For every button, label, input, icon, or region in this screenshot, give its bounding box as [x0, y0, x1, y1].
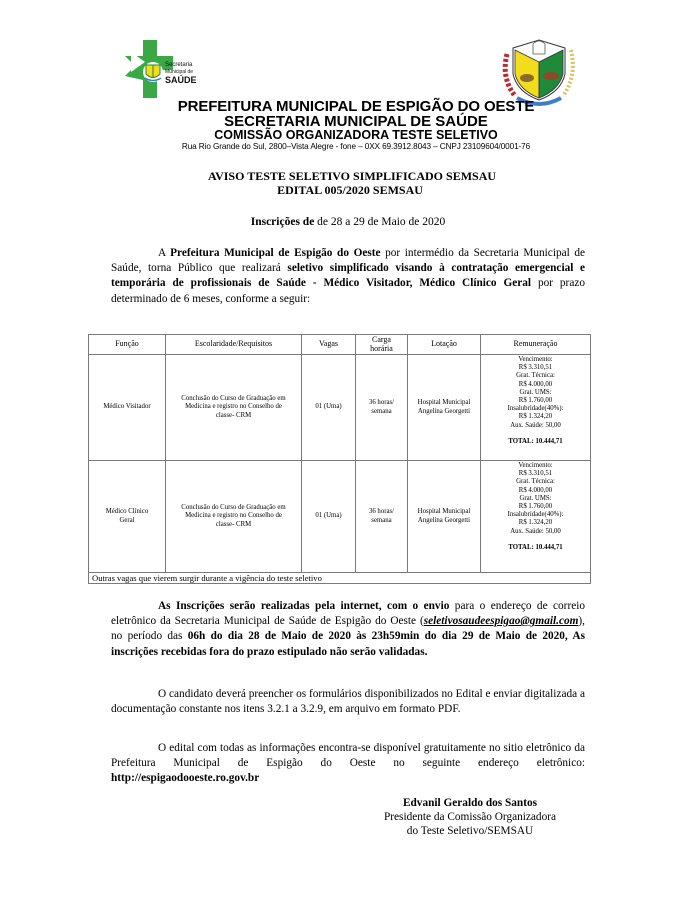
table-row: Médico Clínico Geral Conclusão do Curso … — [89, 461, 591, 573]
email-link[interactable]: seletivosaudeespigao@gmail.com — [424, 615, 579, 627]
cell-vagas: 01 (Uma) — [302, 355, 356, 461]
header-comissao: COMISSÃO ORGANIZADORA TESTE SELETIVO — [8, 128, 696, 142]
column-header-carga-text: Carga horária — [365, 336, 399, 353]
salary-total: TOTAL: 10.444,71 — [481, 438, 590, 446]
salary-line: R$ 4.000,00 — [481, 487, 590, 495]
cell-lotacao-text: Hospital Municipal Angelina Georgetti — [411, 508, 477, 524]
cell-escolaridade: Conclusão do Curso de Graduação em Medic… — [166, 355, 302, 461]
cell-carga-text: 36 horas/ semana — [365, 399, 399, 415]
cell-carga-text: 36 horas/ semana — [365, 508, 399, 524]
salary-line: Grat. UMS: — [481, 389, 590, 397]
salary-line: R$ 1.760,00 — [481, 397, 590, 405]
edital-number: EDITAL 005/2020 SEMSAU — [2, 183, 696, 198]
edital-paragraph: O edital com todas as informações encont… — [111, 741, 585, 787]
salary-line: R$ 1.324,20 — [481, 413, 590, 421]
svg-text:Secretaria: Secretaria — [165, 62, 193, 68]
candidate-paragraph: O candidato deverá preencher os formulár… — [111, 687, 585, 717]
table-footer-row: Outras vagas que vierem surgir durante a… — [89, 573, 591, 584]
salary-line: R$ 4.000,00 — [481, 381, 590, 389]
intro-bold-1: Prefeitura Municipal de Espigão do Oeste — [170, 247, 380, 259]
salary-line: Aux. Saúde: 50,00 — [481, 528, 590, 536]
column-header-remuneracao: Remuneração — [481, 335, 591, 355]
header-address: Rua Rio Grande do Sul, 2800–Vista Alegre… — [8, 142, 696, 151]
cell-funcao: Médico Clínico Geral — [89, 461, 166, 573]
cell-escolaridade: Conclusão do Curso de Graduação em Medic… — [166, 461, 302, 573]
table-footer-note: Outras vagas que vierem surgir durante a… — [89, 573, 591, 584]
cell-escolaridade-text: Conclusão do Curso de Graduação em Medic… — [179, 504, 289, 529]
registration-dates: Inscrições de de 28 a 29 de Maio de 2020 — [0, 216, 696, 228]
salary-line: Insalubridade(40%): — [481, 405, 590, 413]
signatory-name: Edvanil Geraldo dos Santos — [360, 796, 580, 810]
column-header-vagas: Vagas — [302, 335, 356, 355]
salary-line: Grat. Técnica: — [481, 478, 590, 486]
cell-carga: 36 horas/ semana — [356, 461, 408, 573]
saude-cross-logo-icon: Secretaria Municipal de SAÚDE — [123, 38, 215, 100]
signatory-committee: do Teste Seletivo/SEMSAU — [360, 824, 580, 838]
column-header-funcao: Função — [89, 335, 166, 355]
table-header-row: Função Escolaridade/Requisitos Vagas Car… — [89, 335, 591, 355]
cell-funcao-text: Médico Clínico Geral — [102, 508, 152, 524]
column-header-carga: Carga horária — [356, 335, 408, 355]
intro-paragraph: A Prefeitura Municipal de Espigão do Oes… — [111, 246, 585, 307]
registration-dates-label: Inscrições de — [251, 216, 315, 228]
notice-title: AVISO TESTE SELETIVO SIMPLIFICADO SEMSAU — [4, 169, 696, 184]
cell-carga: 36 horas/ semana — [356, 355, 408, 461]
salary-line: Grat. UMS: — [481, 495, 590, 503]
salary-line: Vencimento: — [481, 462, 590, 470]
salary-line: Insalubridade(40%): — [481, 511, 590, 519]
salary-line: Vencimento: — [481, 356, 590, 364]
registration-bold-1: As Inscrições serão realizadas pela inte… — [158, 600, 449, 612]
cell-lotacao-text: Hospital Municipal Angelina Georgetti — [411, 399, 477, 415]
candidate-text: O candidato deverá preencher os formulár… — [111, 688, 585, 715]
cell-remuneracao: Vencimento:R$ 3.310,51Grat. Técnica:R$ 4… — [481, 355, 591, 461]
salary-line: Grat. Técnica: — [481, 372, 590, 380]
salary-breakdown: Vencimento:R$ 3.310,51Grat. Técnica:R$ 4… — [481, 462, 590, 536]
signatory-role: Presidente da Comissão Organizadora — [360, 810, 580, 824]
positions-table: Função Escolaridade/Requisitos Vagas Car… — [88, 334, 591, 584]
registration-paragraph: As Inscrições serão realizadas pela inte… — [111, 599, 585, 660]
cell-vagas: 01 (Uma) — [302, 461, 356, 573]
salary-breakdown: Vencimento:R$ 3.310,51Grat. Técnica:R$ 4… — [481, 356, 590, 430]
cell-funcao: Médico Visitador — [89, 355, 166, 461]
column-header-escolaridade: Escolaridade/Requisitos — [166, 335, 302, 355]
salary-total: TOTAL: 10.444,71 — [481, 544, 590, 552]
svg-text:SAÚDE: SAÚDE — [165, 74, 197, 85]
column-header-lotacao: Lotação — [408, 335, 481, 355]
registration-dates-value: de 28 a 29 de Maio de 2020 — [314, 216, 445, 228]
cell-escolaridade-text: Conclusão do Curso de Graduação em Medic… — [179, 395, 289, 420]
cell-lotacao: Hospital Municipal Angelina Georgetti — [408, 461, 481, 573]
website-link[interactable]: http://espigaodooeste.ro.gov.br — [111, 772, 259, 784]
cell-remuneracao: Vencimento:R$ 3.310,51Grat. Técnica:R$ 4… — [481, 461, 591, 573]
cell-lotacao: Hospital Municipal Angelina Georgetti — [408, 355, 481, 461]
intro-text-1: A — [158, 247, 170, 259]
table-row: Médico Visitador Conclusão do Curso de G… — [89, 355, 591, 461]
salary-line: Aux. Saúde: 50,00 — [481, 422, 590, 430]
salary-line: R$ 1.760,00 — [481, 503, 590, 511]
edital-text: O edital com todas as informações encont… — [111, 742, 585, 769]
salary-line: R$ 3.310,51 — [481, 364, 590, 372]
salary-line: R$ 3.310,51 — [481, 470, 590, 478]
salary-line: R$ 1.324,20 — [481, 519, 590, 527]
